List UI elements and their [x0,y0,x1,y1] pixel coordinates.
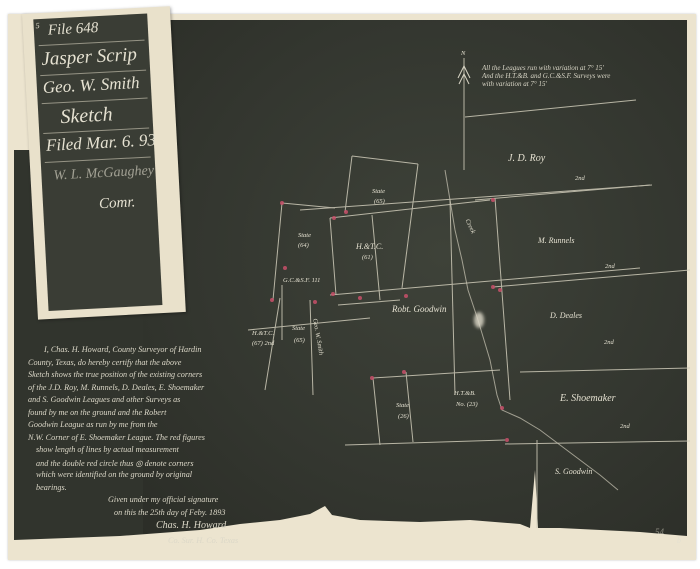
tract-jd-roy-detail: 2nd [575,175,585,182]
tract-e-shoemaker: E. Shoemaker [560,393,616,404]
file-card: 5 File 648 Jasper Scrip Geo. W. Smith Sk… [22,6,186,319]
tract-robt-goodwin: Robt. Goodwin [392,304,447,314]
file-number: File 648 [47,20,98,40]
tract-htb-23: H.T.&B. [454,390,476,397]
certificate-line: Sketch shows the true position of the ex… [28,370,268,383]
certificate-line: and the double red circle thus ◎ denote … [36,458,276,471]
tract-state-64-detail: (64) [298,242,309,249]
north-label: N [461,50,465,57]
tract-htc-61: H.&T.C. [356,242,383,251]
tract-m-runnels-detail: 2nd [605,263,615,270]
tract-s-goodwin: S. Goodwin [555,467,592,476]
certificate-line: show length of lines by actual measureme… [36,445,276,458]
tract-state-26-detail: (26) [398,413,409,420]
certificate-line: and S. Goodwin Leagues and other Surveys… [28,395,268,408]
tract-state-26: State [396,402,409,409]
margin-letter: b [677,536,681,545]
commissioner-title: Comr. [99,194,136,213]
card-corner-number: 5 [35,21,39,30]
certificate-line: N.W. Corner of E. Shoemaker League. The … [28,433,268,446]
certificate-witness-line: Given under my official signature [108,495,348,508]
tract-jd-roy: J. D. Roy [508,153,545,164]
tract-htc-61-detail: (61) [362,254,373,261]
tract-state-65-detail: (65) [374,198,385,205]
tract-d-deales-detail: 2nd [604,339,614,346]
commissioner-signature: W. L. McGaughey [53,163,154,184]
certificate-line: which were identified on the ground by o… [36,470,276,483]
certificate-line: County, Texas, do hereby certify that th… [28,358,268,371]
stain-spot [474,312,484,328]
surveyor-title: Co. Sur. H. Co. Texas [168,536,408,549]
tract-gcsf-111: G.C.&S.F. 111 [283,277,320,284]
certificate-line: Goodwin League as run by me from the [28,420,268,433]
certificate-line: I, Chas. H. Howard, County Surveyor of H… [44,345,284,358]
tract-m-runnels: M. Runnels [538,236,574,245]
tract-state-lower-detail: (65) [294,337,305,344]
variation-note: All the Leagues run with variation at 7°… [482,64,610,88]
tract-htb-23-detail: No. (23) [456,401,478,408]
scrip-type: Jasper Scrip [41,44,138,71]
certificate-line: bearings. [36,483,276,496]
margin-number: 54 [655,527,664,537]
tract-state-64: State [298,232,311,239]
filed-date: Filed Mar. 6. 93 [45,130,156,156]
grantee-name: Geo. W. Smith [42,73,140,98]
certificate-line: found by me on the ground and the Robert [28,408,268,421]
tract-d-deales: D. Deales [550,311,582,320]
surveyor-signature: Chas. H. Howard [156,520,396,536]
certificate-line: of the J.D. Roy, M. Runnels, D. Deales, … [28,383,268,396]
document-kind: Sketch [60,103,113,129]
tract-htc-67: H.&T.C. [252,330,274,337]
certificate-witness-line: on this the 25th day of Feby. 1893 [114,508,354,521]
tract-state-lower: State [292,325,305,332]
surveyor-certificate: I, Chas. H. Howard, County Surveyor of H… [28,345,268,549]
tract-state-65: State [372,188,385,195]
tract-e-shoemaker-detail: 2nd [620,423,630,430]
